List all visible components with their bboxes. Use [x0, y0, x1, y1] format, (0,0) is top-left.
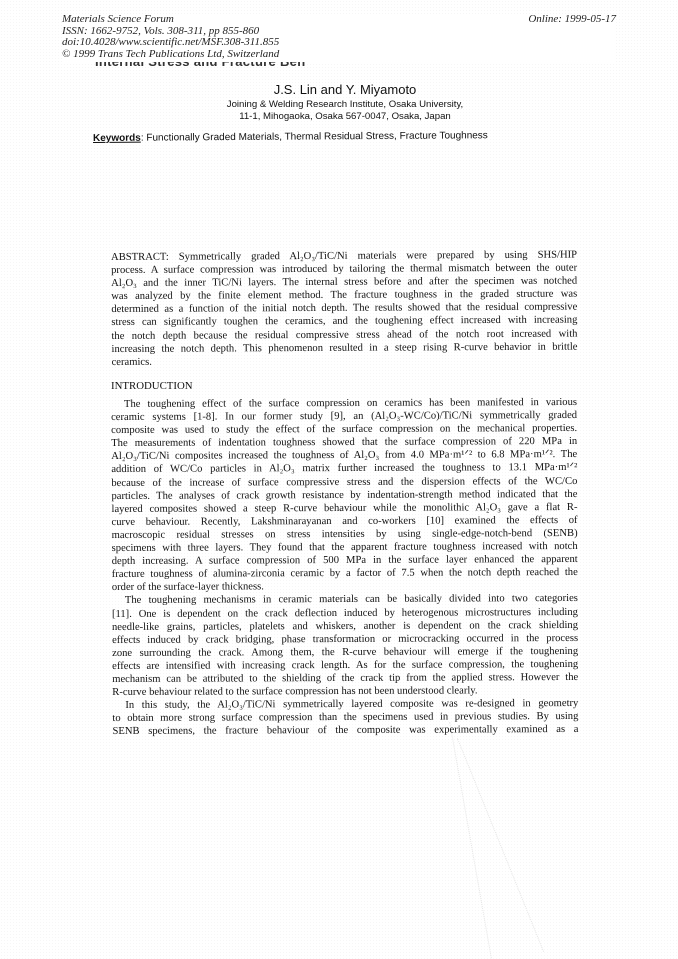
- doi-line[interactable]: doi:10.4028/www.scientific.net/MSF.308-3…: [62, 37, 279, 49]
- text-line: fracture toughness of alumina-zirconia c…: [112, 566, 578, 581]
- watermark-stroke: [457, 738, 544, 952]
- introduction-body: The toughening effect of the surface com…: [111, 396, 578, 738]
- affiliation: Joining & Welding Research Institute, Os…: [0, 99, 678, 123]
- text-line: The toughening mechanisms in ceramic mat…: [112, 592, 578, 607]
- keywords-label: Keywords: [93, 133, 141, 144]
- keywords-text: : Functionally Graded Materials, Thermal…: [141, 130, 488, 143]
- affiliation-line-2: 11-1, Mihogaoka, Osaka 567-0047, Osaka, …: [12, 111, 678, 123]
- text-line: increasing the notch depth. This phenome…: [111, 340, 577, 356]
- watermark-stroke: [449, 722, 492, 959]
- authors: J.S. Lin and Y. Miyamoto: [0, 82, 678, 97]
- affiliation-line-1: Joining & Welding Research Institute, Os…: [12, 99, 678, 111]
- text-line: mechanism can be attributed to the shiel…: [112, 671, 578, 686]
- text-line: SENB specimens, the fracture behaviour o…: [112, 723, 578, 738]
- copyright-line: © 1999 Trans Tech Publications Ltd, Swit…: [62, 49, 279, 61]
- citation-block: Materials Science Forum ISSN: 1662-9752,…: [62, 14, 279, 60]
- text-line: ceramics.: [112, 353, 578, 369]
- paper-title-clipped: Internal Stress and Fracture Beh: [95, 62, 395, 68]
- journal-name: Materials Science Forum: [62, 14, 279, 26]
- title-fragment: Internal Stress and Fracture Beh: [95, 62, 395, 68]
- keywords: Keywords: Functionally Graded Materials,…: [93, 130, 488, 144]
- section-heading-introduction: INTRODUCTION: [111, 380, 193, 392]
- publication-header: Materials Science Forum ISSN: 1662-9752,…: [62, 14, 616, 62]
- online-date: Online: 1999-05-17: [528, 14, 616, 26]
- abstract: ABSTRACT: Symmetrically graded Al₂O₃/TiC…: [111, 249, 578, 369]
